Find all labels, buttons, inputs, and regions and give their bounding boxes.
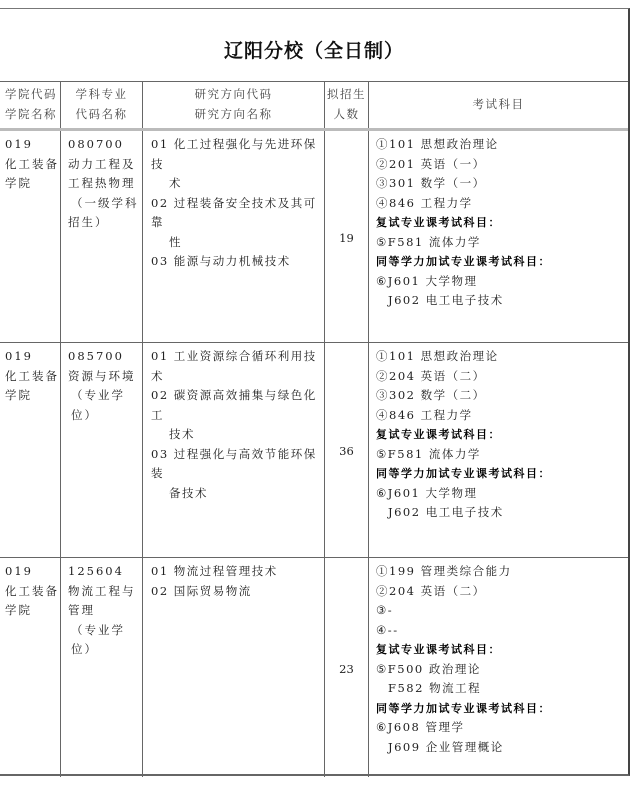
header-label: 拟招生 <box>327 85 366 105</box>
college-text: 019 <box>0 347 60 367</box>
header-college: 学院代码 学院名称 <box>0 81 61 128</box>
header-label: 学院名称 <box>5 105 57 125</box>
exam-subject: ①101 思想政治理论 <box>369 135 628 155</box>
major-text: 资源与环境 <box>61 367 142 387</box>
direction-code: 02 <box>151 388 169 402</box>
header-label: 考试科目 <box>473 95 525 115</box>
exam-subject: ⑥J601 大学物理 <box>369 484 628 504</box>
direction-cell: 01 化工过程强化与先进环保技术02 过程装备安全技术及其可靠性03 能源与动力… <box>143 131 325 342</box>
header-label: 研究方向名称 <box>195 105 273 125</box>
exam-subject: J602 电工电子技术 <box>369 503 628 523</box>
major-cell: 125604物流工程与管理（专业学位） <box>61 558 143 777</box>
direction-cell: 01 物流过程管理技术02 国际贸易物流 <box>143 558 325 777</box>
exam-subject: ④846 工程力学 <box>369 194 628 214</box>
table-row: 019化工装备学院080700动力工程及工程热物理（一级学科招生）01 化工过程… <box>0 131 628 343</box>
header-quota: 拟招生 人数 <box>325 81 369 128</box>
table-row: 019化工装备学院085700资源与环境（专业学位）01 工业资源综合循环利用技… <box>0 343 628 558</box>
major-text: 管理 <box>61 601 142 621</box>
direction-name: 能源与动力机械技术 <box>174 254 291 268</box>
direction-item: 01 物流过程管理技术 <box>143 562 324 582</box>
major-cell: 085700资源与环境（专业学位） <box>61 343 143 557</box>
college-text: 019 <box>0 135 60 155</box>
page-title: 辽阳分校（全日制） <box>224 28 404 63</box>
exam-subject: ②201 英语（一） <box>369 155 628 175</box>
exam-section-heading: 同等学力加试专业课考试科目： <box>369 699 628 719</box>
exam-subject: ③302 数学（二） <box>369 386 628 406</box>
admissions-table: 辽阳分校（全日制） 学院代码 学院名称 学科专业 代码名称 研究方向代码 研究方… <box>0 8 630 776</box>
college-text: 化工装备 <box>0 367 60 387</box>
exam-subject: ④846 工程力学 <box>369 406 628 426</box>
exam-subject: ③- <box>369 601 628 621</box>
exam-subject: ⑤F581 流体力学 <box>369 445 628 465</box>
major-cell: 080700动力工程及工程热物理（一级学科招生） <box>61 131 143 342</box>
direction-name: 过程强化与高效节能环保装 <box>151 447 317 481</box>
college-text: 学院 <box>0 174 60 194</box>
quota-cell: 23 <box>325 558 369 777</box>
direction-item: 03 过程强化与高效节能环保装备技术 <box>143 445 324 504</box>
direction-item: 02 国际贸易物流 <box>143 582 324 602</box>
college-text: 019 <box>0 562 60 582</box>
major-text: 080700 <box>61 135 142 155</box>
exam-subject: ⑤F500 政治理论 <box>369 660 628 680</box>
college-cell: 019化工装备学院 <box>0 558 61 777</box>
exam-subject: ①101 思想政治理论 <box>369 347 628 367</box>
direction-item: 02 过程装备安全技术及其可靠性 <box>143 194 324 253</box>
header-label: 人数 <box>334 105 360 125</box>
college-cell: 019化工装备学院 <box>0 343 61 557</box>
direction-name: 过程装备安全技术及其可靠 <box>151 196 317 230</box>
title-row: 辽阳分校（全日制） <box>0 9 628 82</box>
major-text: 工程热物理 <box>61 174 142 194</box>
exam-subject: J609 企业管理概论 <box>369 738 628 758</box>
exam-section-heading: 复试专业课考试科目： <box>369 425 628 445</box>
college-text: 化工装备 <box>0 155 60 175</box>
direction-code: 03 <box>151 447 169 461</box>
college-text: 学院 <box>0 601 60 621</box>
major-text: 动力工程及 <box>61 155 142 175</box>
quota-value: 36 <box>339 442 354 462</box>
exam-subject: ④-- <box>369 621 628 641</box>
exams-cell: ①101 思想政治理论②204 英语（二）③302 数学（二）④846 工程力学… <box>369 343 628 557</box>
exam-subject: ③301 数学（一） <box>369 174 628 194</box>
major-text: 物流工程与 <box>61 582 142 602</box>
direction-item: 01 化工过程强化与先进环保技术 <box>143 135 324 194</box>
direction-item: 01 工业资源综合循环利用技术 <box>143 347 324 386</box>
exam-subject: ②204 英语（二） <box>369 582 628 602</box>
header-label: 代码名称 <box>76 105 128 125</box>
direction-code: 01 <box>151 564 169 578</box>
direction-code: 02 <box>151 584 169 598</box>
quota-value: 19 <box>339 229 354 249</box>
header-major: 学科专业 代码名称 <box>61 81 143 128</box>
exam-section-heading: 复试专业课考试科目： <box>369 213 628 233</box>
direction-code: 02 <box>151 196 169 210</box>
exam-subject: ⑥J608 管理学 <box>369 718 628 738</box>
direction-name-cont: 备技术 <box>151 484 324 504</box>
college-cell: 019化工装备学院 <box>0 131 61 342</box>
header-label: 学院代码 <box>5 85 57 105</box>
direction-item: 02 碳资源高效捕集与绿色化工技术 <box>143 386 324 445</box>
direction-name: 物流过程管理技术 <box>174 564 278 578</box>
major-text: （专业学位） <box>61 386 142 425</box>
header-direction: 研究方向代码 研究方向名称 <box>143 81 325 128</box>
header-exams: 考试科目 <box>369 81 628 128</box>
direction-name: 工业资源综合循环利用技术 <box>151 349 317 383</box>
college-text: 化工装备 <box>0 582 60 602</box>
quota-cell: 36 <box>325 343 369 557</box>
major-text: （一级学科 <box>61 194 142 214</box>
direction-name: 国际贸易物流 <box>174 584 252 598</box>
direction-code: 01 <box>151 349 169 363</box>
major-text: （专业学位） <box>61 621 142 660</box>
direction-code: 01 <box>151 137 169 151</box>
direction-name-cont: 术 <box>151 174 324 194</box>
major-text: 125604 <box>61 562 142 582</box>
table-header: 学院代码 学院名称 学科专业 代码名称 研究方向代码 研究方向名称 拟招生 人数… <box>0 81 628 131</box>
exam-section-heading: 同等学力加试专业课考试科目： <box>369 252 628 272</box>
quota-cell: 19 <box>325 131 369 342</box>
header-label: 学科专业 <box>76 85 128 105</box>
exam-subject: J602 电工电子技术 <box>369 291 628 311</box>
exam-subject: ⑥J601 大学物理 <box>369 272 628 292</box>
direction-name: 化工过程强化与先进环保技 <box>151 137 317 171</box>
college-text: 学院 <box>0 386 60 406</box>
exam-subject: ⑤F581 流体力学 <box>369 233 628 253</box>
exam-subject: ②204 英语（二） <box>369 367 628 387</box>
exams-cell: ①101 思想政治理论②201 英语（一）③301 数学（一）④846 工程力学… <box>369 131 628 342</box>
direction-name-cont: 技术 <box>151 425 324 445</box>
major-text: 招生） <box>61 213 142 233</box>
exams-cell: ①199 管理类综合能力②204 英语（二）③-④--复试专业课考试科目：⑤F5… <box>369 558 628 777</box>
direction-name-cont: 性 <box>151 233 324 253</box>
major-text: 085700 <box>61 347 142 367</box>
exam-subject: F582 物流工程 <box>369 679 628 699</box>
direction-code: 03 <box>151 254 169 268</box>
exam-section-heading: 同等学力加试专业课考试科目： <box>369 464 628 484</box>
table-row: 019化工装备学院125604物流工程与管理（专业学位）01 物流过程管理技术0… <box>0 558 628 777</box>
header-label: 研究方向代码 <box>195 85 273 105</box>
quota-value: 23 <box>339 660 354 680</box>
exam-section-heading: 复试专业课考试科目： <box>369 640 628 660</box>
exam-subject: ①199 管理类综合能力 <box>369 562 628 582</box>
direction-cell: 01 工业资源综合循环利用技术02 碳资源高效捕集与绿色化工技术03 过程强化与… <box>143 343 325 557</box>
direction-item: 03 能源与动力机械技术 <box>143 252 324 272</box>
direction-name: 碳资源高效捕集与绿色化工 <box>151 388 317 422</box>
